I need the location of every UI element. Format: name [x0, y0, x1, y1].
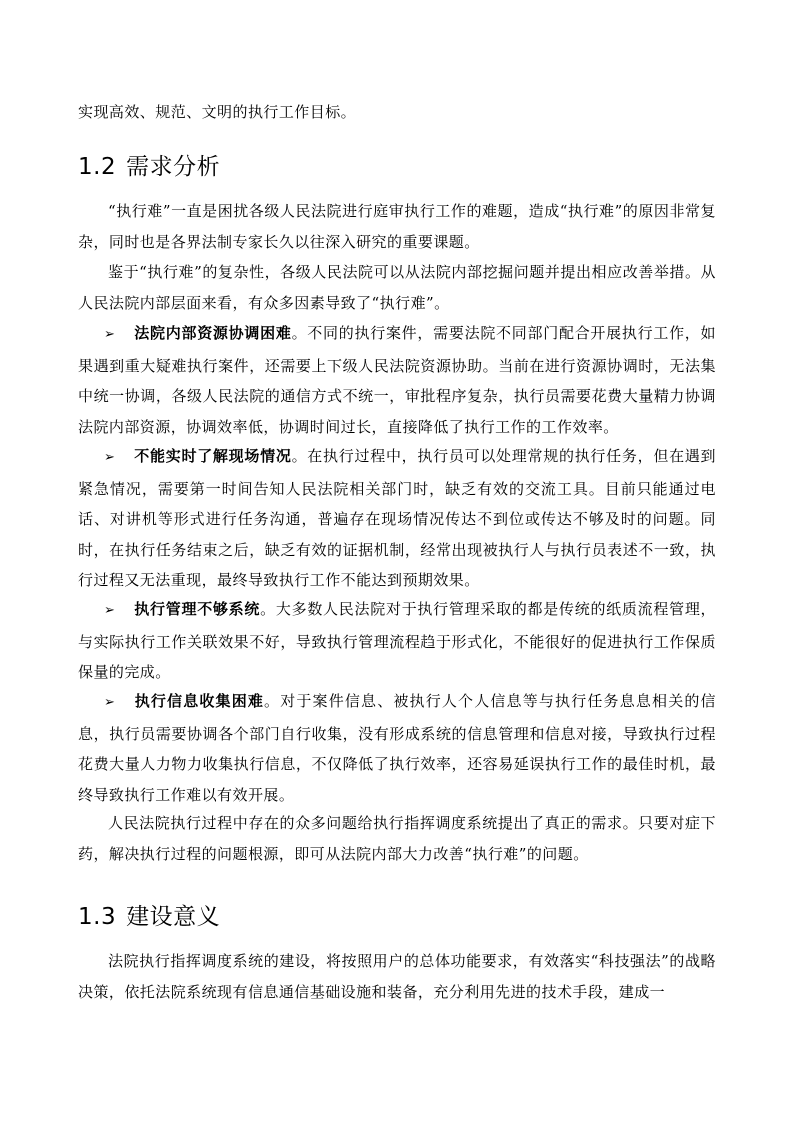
- arrow-bullet-icon: ➢: [104, 688, 124, 719]
- bullet-title: 法院内部资源协调困难: [134, 324, 292, 342]
- bullet-text: 。在执行过程中，执行员可以处理常规的执行任务，但在遇到紧急情况，需要第一时间告知…: [78, 447, 716, 589]
- paragraph: 法院执行指挥调度系统的建设，将按照用户的总体功能要求，有效落实“科技强法”的战略…: [78, 946, 716, 1007]
- closing-paragraph: 人民法院执行过程中存在的众多问题给执行指挥调度系统提出了真正的需求。只要对症下药…: [78, 808, 716, 869]
- bullet-item: ➢执行管理不够系统。大多数人民法院对于执行管理采取的都是传统的纸质流程管理，与实…: [78, 594, 716, 688]
- paragraph: 鉴于“执行难”的复杂性，各级人民法院可以从法院内部挖掘问题并提出相应改善举措。从…: [78, 257, 716, 318]
- section-title: 需求分析: [126, 154, 220, 180]
- section-number: 1.2: [78, 154, 116, 180]
- arrow-bullet-icon: ➢: [104, 320, 124, 351]
- bullet-item: ➢执行信息收集困难。对于案件信息、被执行人个人信息等与执行任务息息相关的信息，执…: [78, 686, 716, 810]
- bullet-title: 执行管理不够系统: [134, 600, 260, 618]
- carryover-paragraph: 实现高效、规范、文明的执行工作目标。: [78, 97, 716, 128]
- bullet-title: 执行信息收集困难: [134, 692, 264, 710]
- arrow-bullet-icon: ➢: [104, 443, 124, 474]
- section-heading-1-3: 1.3建设意义: [78, 898, 716, 931]
- section-heading-1-2: 1.2需求分析: [78, 148, 716, 181]
- bullet-item: ➢不能实时了解现场情况。在执行过程中，执行员可以处理常规的执行任务，但在遇到紧急…: [78, 441, 716, 596]
- bullet-title: 不能实时了解现场情况: [134, 447, 292, 465]
- bullet-item: ➢法院内部资源协调困难。不同的执行案件，需要法院不同部门配合开展执行工作，如果遇…: [78, 318, 716, 442]
- arrow-bullet-icon: ➢: [104, 596, 124, 627]
- paragraph: “执行难”一直是困扰各级人民法院进行庭审执行工作的难题，造成“执行难”的原因非常…: [78, 196, 716, 257]
- section-number: 1.3: [78, 904, 116, 930]
- section-title: 建设意义: [126, 904, 220, 930]
